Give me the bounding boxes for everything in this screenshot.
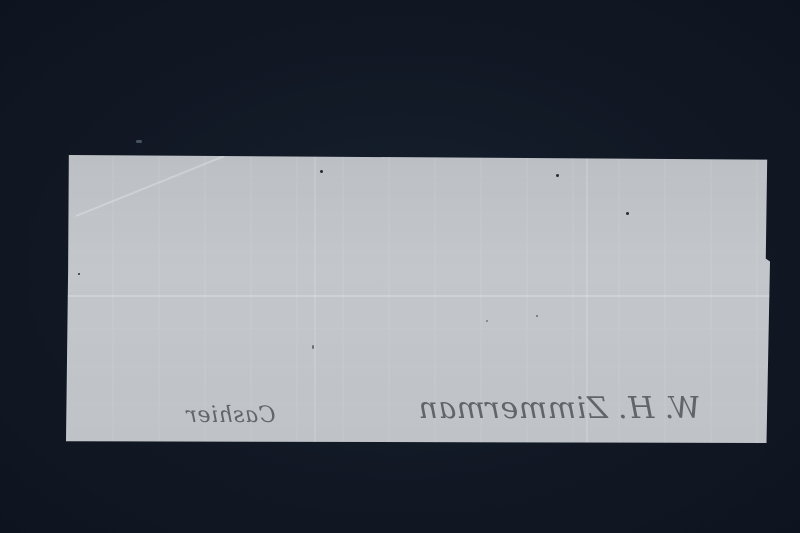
fold-crease-vertical-left: [314, 155, 316, 443]
diagonal-crease: [76, 155, 225, 217]
ink-spot: [78, 273, 80, 275]
background-speck: [136, 140, 142, 143]
document-back: Cashier W. H. Zimmerman: [66, 155, 770, 443]
ink-spot: [556, 174, 559, 177]
ink-spot: [320, 170, 323, 173]
ink-spot: [486, 320, 488, 322]
mirrored-signature-right: W. H. Zimmerman: [418, 391, 700, 426]
ink-spot: [536, 315, 538, 317]
fold-crease-horizontal: [66, 295, 770, 297]
ink-spot: [312, 345, 314, 349]
ink-spot: [626, 212, 629, 215]
mirrored-signature-left: Cashier: [186, 403, 275, 428]
